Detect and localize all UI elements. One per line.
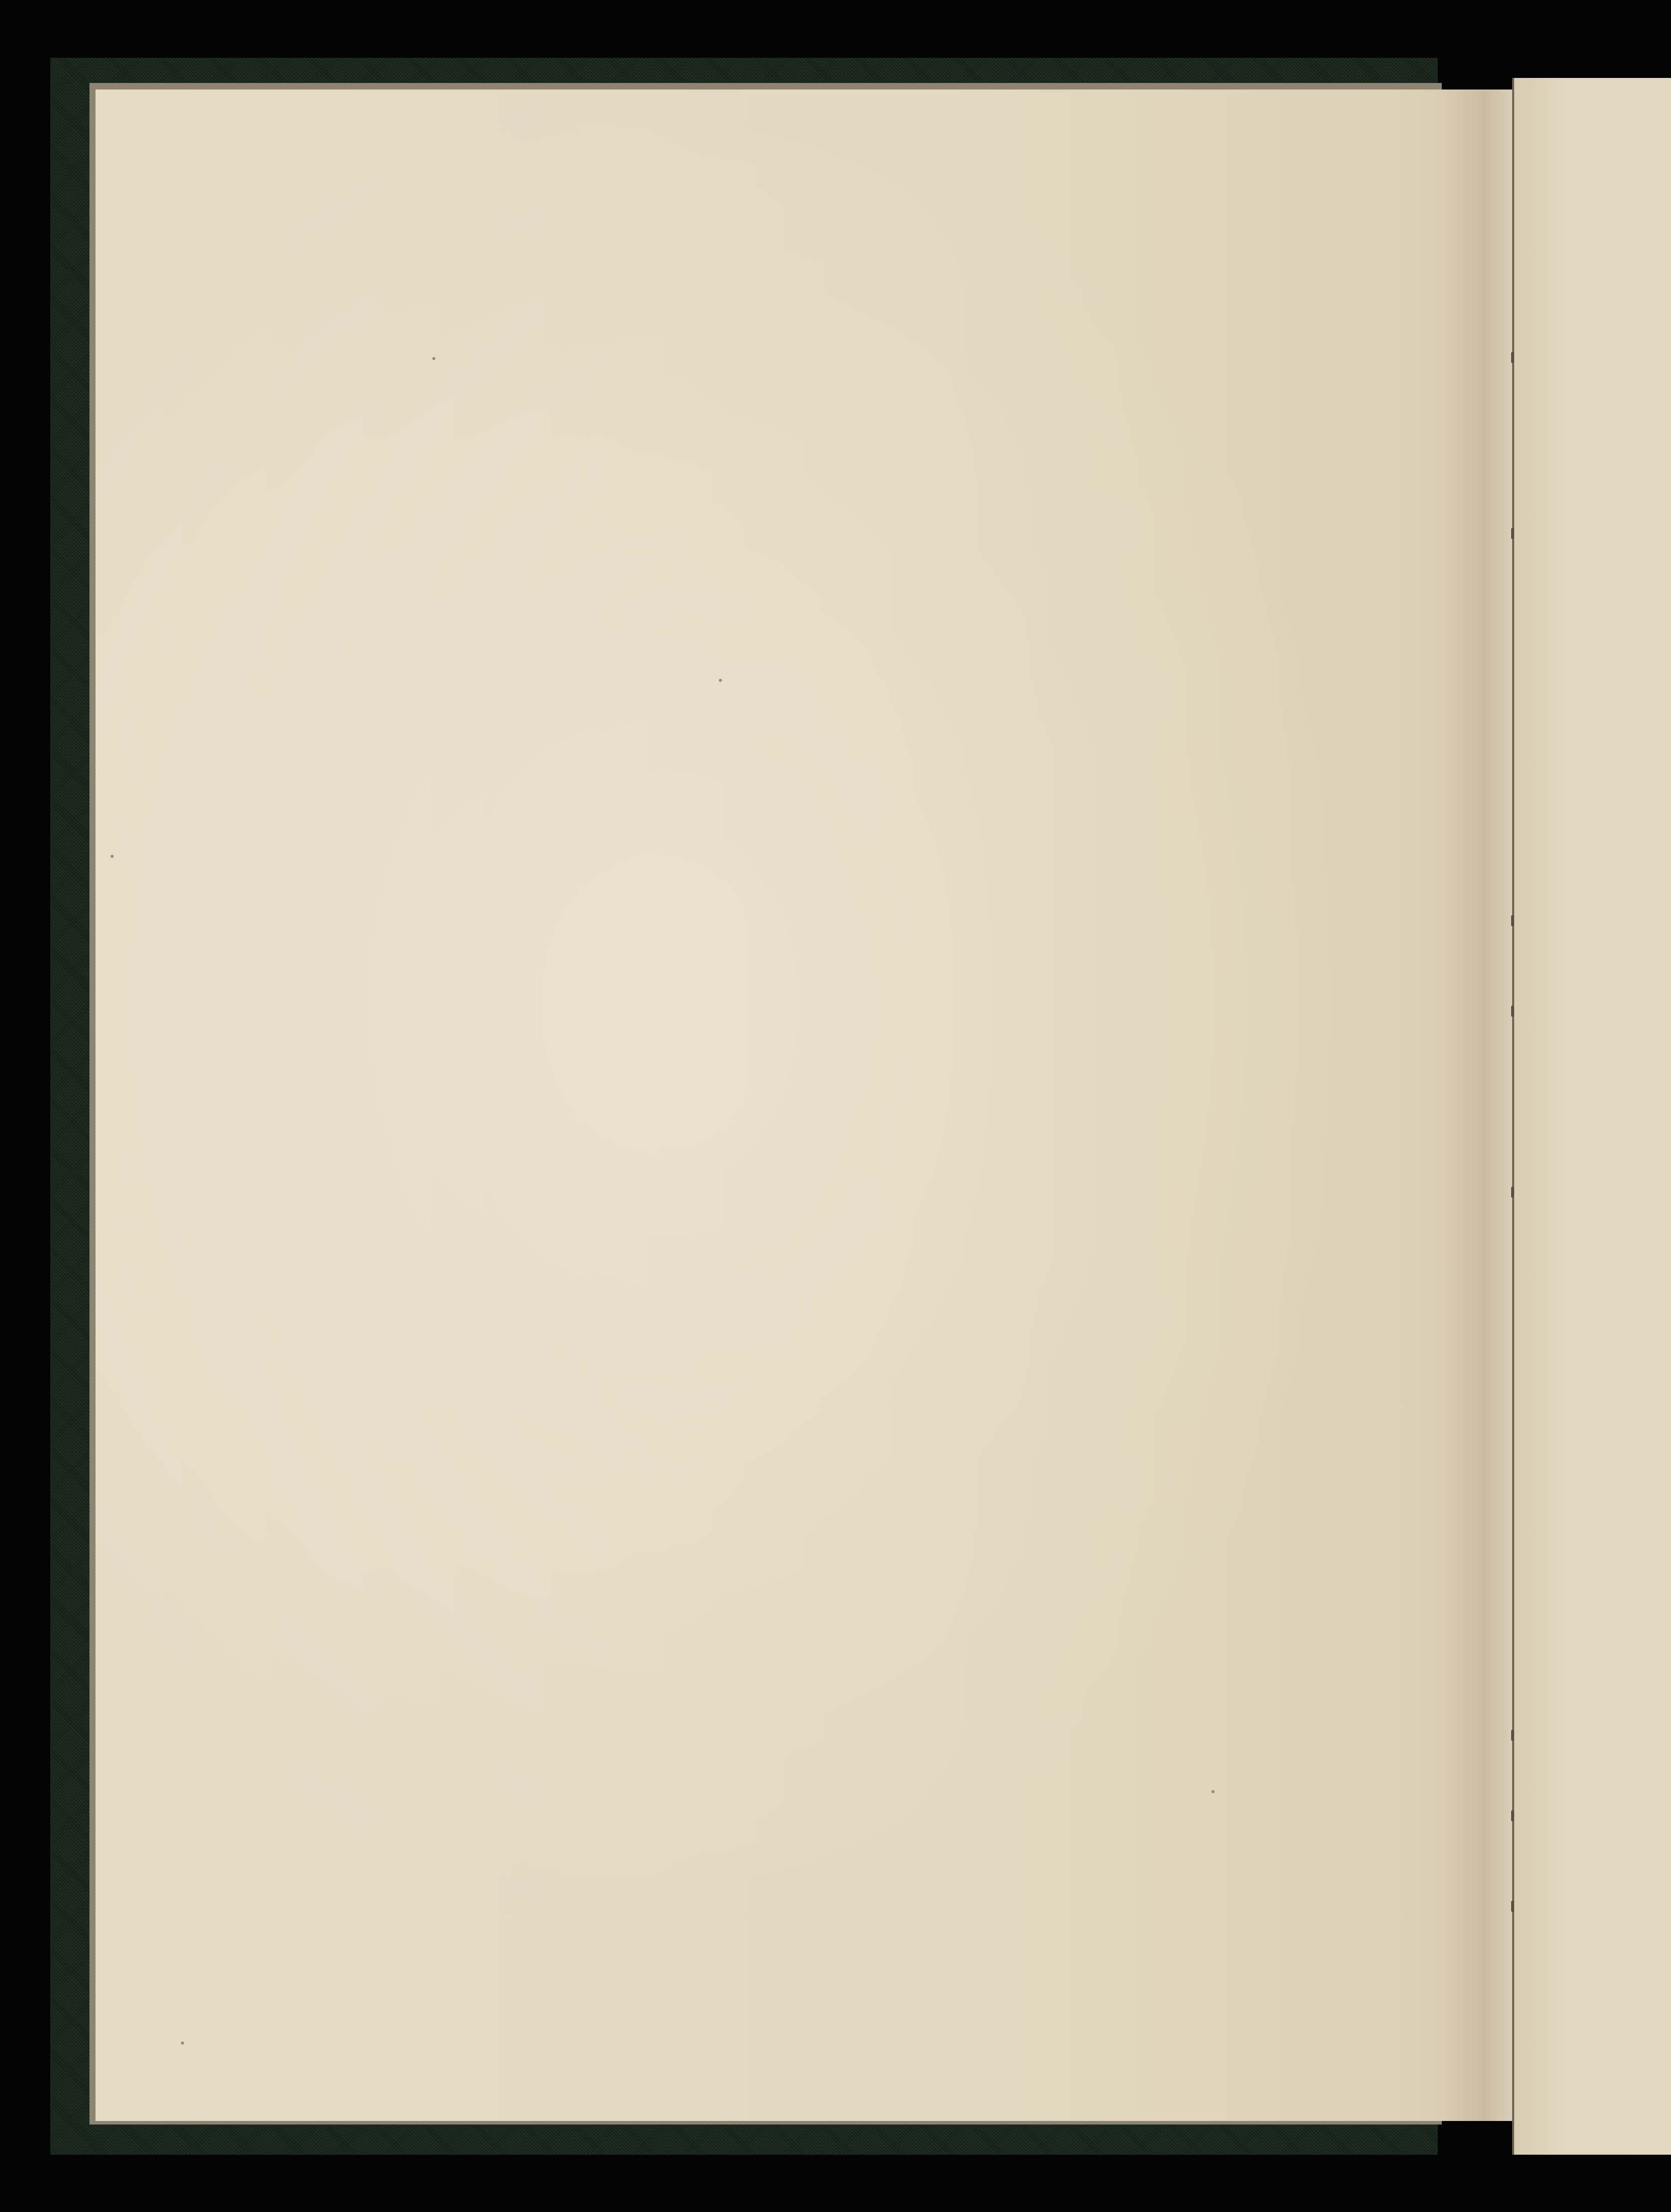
foxing-spot [1212, 1790, 1215, 1793]
binding-thread-mark [1511, 528, 1514, 539]
binding-thread-mark [1511, 1730, 1514, 1741]
binding-thread-mark [1511, 915, 1514, 926]
foxing-spot [181, 2042, 184, 2045]
left-endpaper [96, 90, 1513, 2121]
foxing-spot [432, 357, 435, 360]
foxing-spot [111, 855, 114, 858]
binding-thread-mark [1511, 1006, 1514, 1017]
binding-thread-mark [1511, 1901, 1514, 1912]
binding-thread-mark [1511, 352, 1514, 363]
right-page [1514, 78, 1671, 2155]
page-edge-shading [1443, 90, 1513, 2121]
foxing-spot [719, 679, 722, 682]
binding-thread-mark [1511, 1187, 1514, 1198]
binding-thread-mark [1511, 1810, 1514, 1821]
